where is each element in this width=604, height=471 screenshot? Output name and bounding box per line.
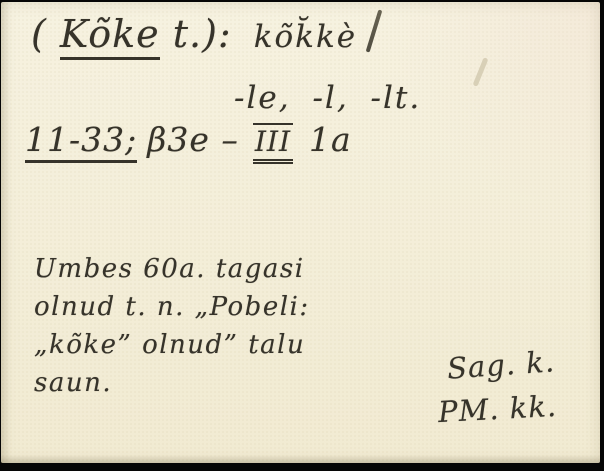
phonetic-transcription: kõk̆kè	[254, 19, 357, 55]
scan-background: ( Kõke t.):kõk̆kè -le, -l, -lt. 11-33;β3…	[0, 0, 604, 471]
bottom-edge-shading	[1, 455, 600, 463]
open-paren: (	[31, 12, 60, 56]
faint-smudge-icon	[473, 57, 489, 87]
index-card: ( Kõke t.):kõk̆kè -le, -l, -lt. 11-33;β3…	[1, 2, 600, 463]
reference-roman-numeral: III	[253, 123, 293, 164]
signature-collector: PM. kk.	[437, 389, 558, 429]
case-endings-line: -le, -l, -lt.	[234, 80, 421, 116]
note-paragraph: Umbes 60a. tagasi olnud t. n. „Pobeli: „…	[34, 250, 310, 402]
note-line: „kõke” olnud” talu	[34, 326, 310, 364]
headword-line: ( Kõke t.):kõk̆kè	[31, 12, 357, 56]
reference-code: β3e –	[147, 120, 239, 159]
note-line: olnud t. n. „Pobeli:	[34, 288, 310, 326]
reference-line: 11-33;β3e –III1a	[25, 120, 352, 159]
note-line: Umbes 60a. tagasi	[34, 250, 310, 288]
headword: Kõke	[60, 12, 160, 60]
note-line: saun.	[34, 364, 310, 402]
reference-pages: 11-33;	[25, 120, 137, 163]
reference-item: 1a	[309, 120, 352, 159]
left-edge-shading	[1, 2, 11, 463]
headword-suffix: t.):	[160, 12, 232, 56]
signature-place: Sag. k.	[446, 344, 556, 385]
pencil-stroke-icon	[366, 9, 383, 52]
